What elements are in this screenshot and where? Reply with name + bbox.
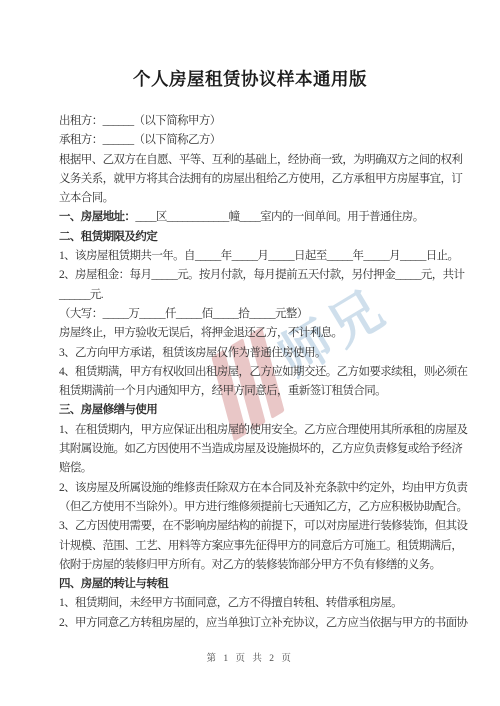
document-line: 义务关系，就甲方将其合法拥有的房屋出租给乙方使用，乙方承租甲方房屋事宜，订 xyxy=(59,170,449,189)
document-line: 根据甲、乙双方在自愿、平等、互利的基础上，经协商一致，为明确双方之间的权利 xyxy=(59,151,449,170)
document-section-heading: 四、房屋的转让与转租 xyxy=(59,575,449,594)
document-line: 3、乙方因使用需要，在不影响房屋结构的前提下，可以对房屋进行装修装饰，但其设 xyxy=(59,517,449,536)
document-line: 1、该房屋租赁期共一年。自_____年_____月_____日起至_____年_… xyxy=(59,247,449,266)
document-line: 租赁期满前一个月内通知甲方，经甲方同意后，重新签订租赁合同。 xyxy=(59,382,449,401)
document-line: 承租方：______（以下简称乙方） xyxy=(59,131,449,150)
document-line: 2、房屋租金：每月_____元。按月付款，每月提前五天付款，另付押金_____元… xyxy=(59,266,449,285)
document-line: （但乙方使用不当除外）。甲方进行维修须提前七天通知乙方，乙方应积极协助配合。 xyxy=(59,498,449,517)
document-line: 其附属设施。如乙方因使用不当造成房屋及设施损坏的，乙方应负责修复或给予经济 xyxy=(59,440,449,459)
document-line: （大写：_____万_____仟_____佰_____拾_____元整） xyxy=(59,305,449,324)
document-line: 房屋终止，甲方验收无误后，将押金退还乙方，不计利息。 xyxy=(59,324,449,343)
document-line: 赔偿。 xyxy=(59,459,449,478)
document-line: 3、乙方向甲方承诺，租赁该房屋仅作为普通住房使用。 xyxy=(59,344,449,363)
document-line: 立本合同。 xyxy=(59,189,449,208)
document-line: 依附于房屋的装修归甲方所有。对乙方的装修装饰部分甲方不负有修缮的义务。 xyxy=(59,556,449,575)
document-line: 出租方：______（以下简称甲方） xyxy=(59,112,449,131)
page-title: 个人房屋租赁协议样本通用版 xyxy=(0,66,500,91)
document-line: 4、租赁期满，甲方有权收回出租房屋，乙方应如期交还。乙方如要求续租，则必须在 xyxy=(59,363,449,382)
document-body: 出租方：______（以下简称甲方） 承租方：______（以下简称乙方） 根据… xyxy=(59,112,449,633)
document-line: 计规模、范围、工艺、用料等方案应事先征得甲方的同意后方可施工。租赁期满后， xyxy=(59,537,449,556)
document-section-heading: 三、房屋修缮与使用 xyxy=(59,401,449,420)
document-line: 2、该房屋及所属设施的维修责任除双方在本合同及补充条款中约定外，均由甲方负责 xyxy=(59,479,449,498)
page-number-footer: 第 1 页 共 2 页 xyxy=(0,650,500,664)
document-line: 2、甲方同意乙方转租房屋的，应当单独订立补充协议，乙方应当依据与甲方的书面协 xyxy=(59,614,449,633)
document-line: ______元. xyxy=(59,286,449,305)
document-page: 个人房屋租赁协议样本通用版 师兄 出租方：______（以下简称甲方） 承租方：… xyxy=(0,0,500,706)
document-line: 1、租赁期间，未经甲方书面同意，乙方不得擅自转租、转借承租房屋。 xyxy=(59,594,449,613)
document-line: 一、房屋地址：____区____________幢____室内的一间单间。用于普… xyxy=(59,208,449,227)
document-line: 1、在租赁期内，甲方应保证出租房屋的使用安全。乙方应合理使用其所承租的房屋及 xyxy=(59,421,449,440)
document-section-heading: 二、租赁期限及约定 xyxy=(59,228,449,247)
